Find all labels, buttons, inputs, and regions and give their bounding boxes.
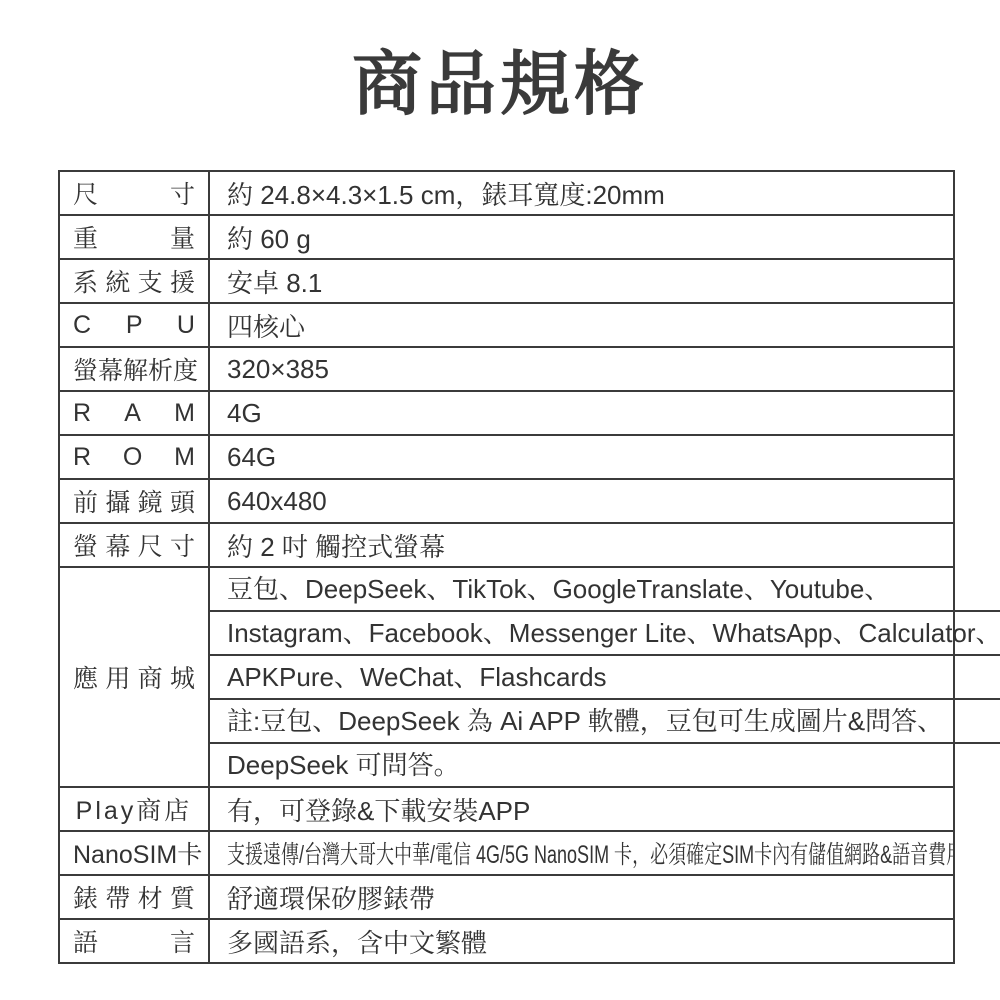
- app-store-line: DeepSeek 可問答。: [210, 742, 1000, 786]
- spec-label: 尺 寸: [60, 172, 210, 214]
- page: 商品規格 尺 寸 約 24.8×4.3×1.5 cm，錶耳寬度:20mm 重 量…: [0, 0, 1000, 1000]
- table-row-front-camera: 前 攝 鏡 頭 640x480: [60, 478, 953, 522]
- spec-label-text: 前 攝 鏡 頭: [73, 483, 195, 519]
- spec-value: 多國語系，含中文繁體: [210, 920, 953, 962]
- spec-value-condensed-text: 支援遠傳/台灣大哥大中華/電信 4G/5G NanoSIM 卡，必須確定SIM卡…: [227, 835, 953, 871]
- spec-value: 安卓 8.1: [210, 260, 953, 302]
- spec-label-text: 語 言: [73, 923, 195, 959]
- table-row-ram: R A M 4G: [60, 390, 953, 434]
- spec-label: R O M: [60, 436, 210, 478]
- spec-value: 64G: [210, 436, 953, 478]
- table-row-nanosim: NanoSIM卡 支援遠傳/台灣大哥大中華/電信 4G/5G NanoSIM 卡…: [60, 830, 953, 874]
- spec-label: 螢 幕 尺 寸: [60, 524, 210, 566]
- spec-value: 約 60 g: [210, 216, 953, 258]
- app-store-line: APKPure、WeChat、Flashcards: [210, 654, 1000, 698]
- spec-label-text: Play商店: [73, 791, 195, 827]
- spec-label-text: 尺 寸: [73, 175, 195, 211]
- spec-label: 前 攝 鏡 頭: [60, 480, 210, 522]
- spec-label-text: 螢 幕 尺 寸: [73, 527, 195, 563]
- spec-label-text: 應 用 商 城: [73, 659, 195, 695]
- table-row-app-store: 應 用 商 城 豆包、DeepSeek、TikTok、GoogleTransla…: [60, 566, 953, 786]
- page-title: 商品規格: [0, 44, 1000, 125]
- spec-value: 約 24.8×4.3×1.5 cm，錶耳寬度:20mm: [210, 172, 953, 214]
- app-store-lines: 豆包、DeepSeek、TikTok、GoogleTranslate、Youtu…: [210, 568, 1000, 786]
- spec-label-text: 重 量: [73, 219, 195, 255]
- spec-label-text: NanoSIM卡: [73, 835, 195, 871]
- app-store-line: Instagram、Facebook、Messenger Lite、WhatsA…: [210, 610, 1000, 654]
- spec-label: 語 言: [60, 920, 210, 962]
- table-row-resolution: 螢幕解析度 320×385: [60, 346, 953, 390]
- spec-label-text: 螢幕解析度: [73, 351, 195, 387]
- spec-label: Play商店: [60, 788, 210, 830]
- spec-label: 系 統 支 援: [60, 260, 210, 302]
- spec-value: 有，可登錄&下載安裝APP: [210, 788, 953, 830]
- table-row-screen-size: 螢 幕 尺 寸 約 2 吋 觸控式螢幕: [60, 522, 953, 566]
- spec-label-text: R A M: [73, 399, 195, 428]
- spec-label: NanoSIM卡: [60, 832, 210, 874]
- table-row-os: 系 統 支 援 安卓 8.1: [60, 258, 953, 302]
- table-row-language: 語 言 多國語系，含中文繁體: [60, 918, 953, 962]
- table-row-rom: R O M 64G: [60, 434, 953, 478]
- spec-label: R A M: [60, 392, 210, 434]
- spec-table: 尺 寸 約 24.8×4.3×1.5 cm，錶耳寬度:20mm 重 量 約 60…: [58, 170, 955, 964]
- table-row-dimensions: 尺 寸 約 24.8×4.3×1.5 cm，錶耳寬度:20mm: [60, 172, 953, 214]
- spec-label-text: R O M: [73, 443, 195, 472]
- table-row-strap-material: 錶 帶 材 質 舒適環保矽膠錶帶: [60, 874, 953, 918]
- spec-label-text: 系 統 支 援: [73, 263, 195, 299]
- spec-value: 支援遠傳/台灣大哥大中華/電信 4G/5G NanoSIM 卡，必須確定SIM卡…: [210, 832, 953, 874]
- spec-value: 舒適環保矽膠錶帶: [210, 876, 953, 918]
- spec-label: 螢幕解析度: [60, 348, 210, 390]
- spec-label: 重 量: [60, 216, 210, 258]
- spec-label: 應 用 商 城: [60, 568, 210, 786]
- app-store-line: 豆包、DeepSeek、TikTok、GoogleTranslate、Youtu…: [210, 568, 1000, 610]
- spec-value: 640x480: [210, 480, 953, 522]
- spec-value: 4G: [210, 392, 953, 434]
- table-row-weight: 重 量 約 60 g: [60, 214, 953, 258]
- spec-value: 320×385: [210, 348, 953, 390]
- spec-value: 四核心: [210, 304, 953, 346]
- spec-label-text: 錶 帶 材 質: [73, 879, 195, 915]
- spec-label-text: C P U: [73, 311, 195, 340]
- table-row-cpu: C P U 四核心: [60, 302, 953, 346]
- spec-label: 錶 帶 材 質: [60, 876, 210, 918]
- spec-label: C P U: [60, 304, 210, 346]
- app-store-line: 註:豆包、DeepSeek 為 Ai APP 軟體，豆包可生成圖片&問答、: [210, 698, 1000, 742]
- table-row-play-store: Play商店 有，可登錄&下載安裝APP: [60, 786, 953, 830]
- spec-value: 約 2 吋 觸控式螢幕: [210, 524, 953, 566]
